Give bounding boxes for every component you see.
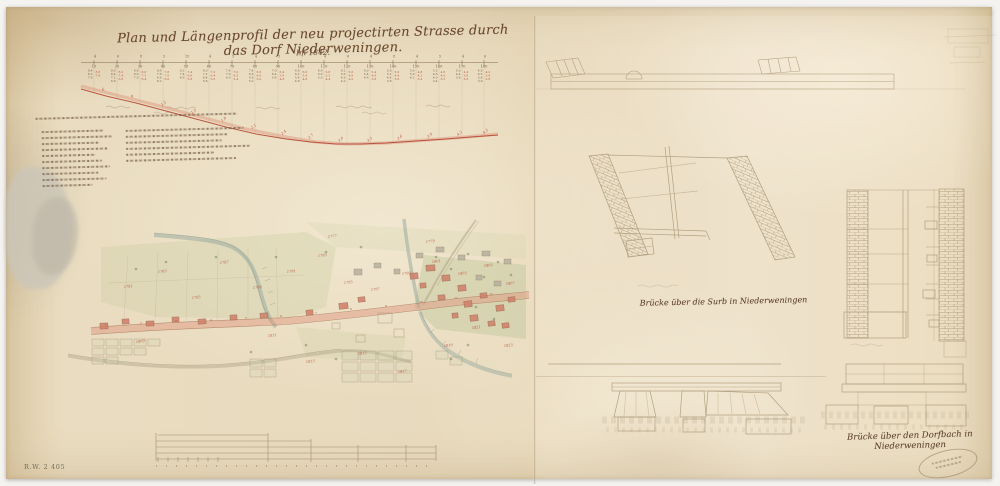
legend-line — [126, 145, 250, 150]
legend-line — [42, 154, 96, 157]
svg-text:4: 4 — [209, 55, 211, 59]
bridge-section-dorfbach-right — [821, 344, 971, 427]
svg-text:1811: 1811 — [268, 333, 277, 338]
legend-line — [42, 165, 110, 168]
svg-text:1819: 1819 — [444, 343, 454, 348]
svg-text:1823: 1823 — [504, 343, 514, 348]
svg-text:6.0: 6.0 — [165, 77, 170, 81]
svg-text:70: 70 — [230, 65, 235, 69]
svg-text:5.8: 5.8 — [203, 79, 208, 83]
svg-text:3.8: 3.8 — [372, 77, 377, 81]
svg-text:5: 5 — [439, 55, 441, 59]
legend-line — [42, 147, 108, 150]
legend-line — [42, 177, 106, 180]
svg-text:5.6: 5.6 — [272, 76, 277, 80]
svg-text:10: 10 — [419, 300, 423, 304]
svg-text:1795: 1795 — [344, 280, 354, 285]
svg-text:1797: 1797 — [371, 287, 381, 292]
svg-text:5.6: 5.6 — [211, 77, 216, 81]
svg-text:3: 3 — [278, 55, 280, 59]
svg-text:4: 4 — [462, 55, 464, 59]
svg-text:4: 4 — [370, 55, 372, 59]
svg-text:6.6: 6.6 — [180, 76, 185, 80]
svg-text:8: 8 — [393, 55, 395, 59]
svg-text:4.6: 4.6 — [364, 76, 369, 80]
svg-text:5: 5 — [232, 55, 234, 59]
svg-text:6.8: 6.8 — [111, 79, 116, 83]
svg-text:7.8: 7.8 — [96, 74, 101, 78]
svg-text:20: 20 — [115, 65, 120, 69]
svg-text:1813: 1813 — [306, 359, 316, 364]
svg-text:3.8: 3.8 — [456, 76, 461, 80]
svg-text:5: 5 — [163, 55, 165, 59]
svg-text:4.4: 4.4 — [326, 77, 331, 81]
svg-text:11: 11 — [454, 296, 458, 300]
corner-pencil-sketch — [944, 29, 996, 63]
bridge-elevation-top — [536, 57, 966, 89]
svg-text:12: 12 — [489, 292, 493, 296]
svg-text:4: 4 — [416, 55, 418, 59]
svg-text:3.9: 3.9 — [426, 132, 434, 139]
legend-line — [126, 127, 244, 132]
bridge-section-dorfbach-left — [536, 364, 826, 434]
svg-text:3.6: 3.6 — [395, 77, 400, 81]
legend-line — [126, 133, 228, 137]
scale-bars — [146, 427, 446, 472]
legend-line — [126, 151, 214, 155]
svg-text:3.3: 3.3 — [366, 136, 374, 143]
svg-text:7.0: 7.0 — [134, 76, 139, 80]
svg-text:4.8: 4.8 — [295, 79, 300, 83]
svg-text:4.2: 4.2 — [410, 76, 415, 80]
legend-house-list — [33, 113, 264, 195]
svg-text:6.4: 6.4 — [142, 77, 147, 81]
svg-text:3: 3 — [175, 319, 177, 323]
svg-text:7.6: 7.6 — [88, 76, 93, 80]
legend-line — [126, 157, 236, 162]
bridge-drawings — [534, 15, 1000, 485]
svg-text:4.6: 4.6 — [303, 77, 308, 81]
plan-sheet: Plan und Längenprofil der neu projectirt… — [6, 7, 992, 479]
svg-text:2.8: 2.8 — [486, 77, 491, 81]
svg-text:4: 4 — [210, 318, 212, 322]
svg-text:6: 6 — [484, 55, 486, 59]
svg-text:90: 90 — [276, 65, 281, 69]
legend-line — [42, 135, 112, 139]
svg-text:4.2: 4.2 — [341, 79, 346, 83]
svg-text:4: 4 — [324, 55, 326, 59]
legend-line — [126, 139, 222, 143]
svg-text:3.0: 3.0 — [337, 136, 345, 143]
bridge-abutment-plan — [589, 146, 795, 287]
svg-text:3.4: 3.4 — [433, 79, 438, 83]
svg-text:80: 80 — [253, 65, 258, 69]
svg-text:2: 2 — [140, 321, 142, 325]
svg-text:60: 60 — [207, 65, 212, 69]
legend-line — [42, 172, 98, 175]
svg-text:50: 50 — [184, 65, 189, 69]
svg-text:7: 7 — [301, 55, 303, 59]
svg-text:9: 9 — [385, 304, 387, 308]
svg-text:6: 6 — [280, 314, 282, 318]
svg-text:8: 8 — [140, 55, 142, 59]
svg-text:5.0: 5.0 — [318, 76, 323, 80]
legend-line — [42, 130, 104, 133]
svg-text:1.2: 1.2 — [160, 100, 168, 107]
svg-text:4: 4 — [94, 55, 96, 59]
legend-line — [42, 142, 100, 145]
svg-text:6: 6 — [347, 55, 349, 59]
svg-text:4.8: 4.8 — [280, 77, 285, 81]
svg-text:3.2: 3.2 — [441, 77, 446, 81]
svg-text:5.8: 5.8 — [188, 77, 193, 81]
svg-text:15: 15 — [185, 55, 189, 59]
svg-text:3.0: 3.0 — [478, 79, 483, 83]
svg-text:4.0: 4.0 — [349, 77, 354, 81]
svg-text:30: 30 — [138, 65, 143, 69]
legend-line — [42, 160, 102, 163]
svg-text:5.4: 5.4 — [234, 77, 239, 81]
svg-text:40: 40 — [161, 65, 166, 69]
svg-text:5.0: 5.0 — [257, 77, 262, 81]
situation-plan-map: 1781178317851787178917911793179517971799… — [46, 202, 546, 432]
svg-text:5: 5 — [245, 316, 247, 320]
svg-text:7: 7 — [315, 311, 317, 315]
svg-text:8: 8 — [350, 307, 352, 311]
svg-text:6.6: 6.6 — [119, 77, 124, 81]
svg-text:3.6: 3.6 — [396, 134, 404, 141]
meadow-areas — [101, 222, 526, 362]
svg-text:4: 4 — [255, 55, 257, 59]
svg-text:3.4: 3.4 — [418, 77, 423, 81]
svg-text:1: 1 — [105, 323, 107, 327]
svg-text:6.0: 6.0 — [226, 76, 231, 80]
archive-reference: R.W. 2 405 — [24, 463, 65, 471]
svg-text:6.2: 6.2 — [157, 79, 162, 83]
svg-text:3.8: 3.8 — [387, 79, 392, 83]
svg-text:10: 10 — [92, 65, 97, 69]
svg-text:5.2: 5.2 — [249, 79, 254, 83]
svg-text:6: 6 — [117, 55, 119, 59]
culvert-walls-plan — [844, 189, 966, 357]
legend-line — [43, 184, 93, 187]
svg-text:3.0: 3.0 — [464, 77, 469, 81]
